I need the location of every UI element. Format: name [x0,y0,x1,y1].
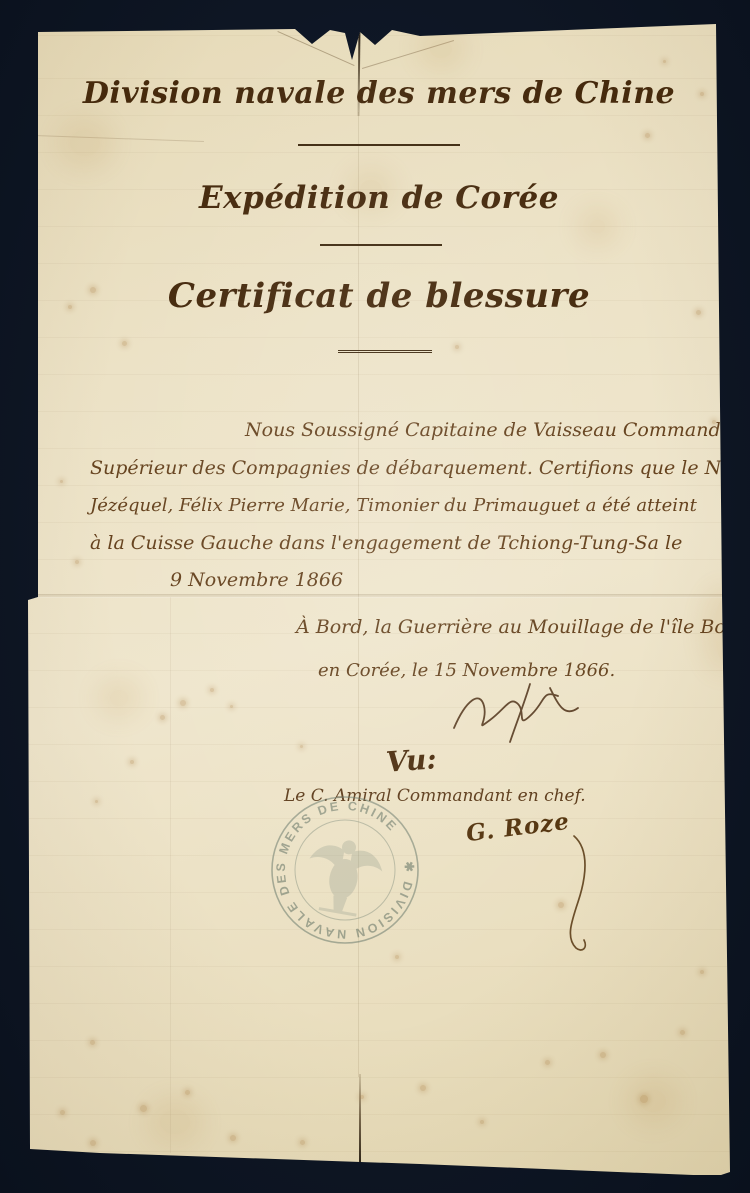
left-vertical-crease [170,597,171,1153]
top-left-crease [34,135,204,142]
body-line-4: à la Cuisse Gauche dans l'engagement de … [90,525,710,563]
division-title: Division navale des mers de Chine [28,76,730,111]
body-line-3: Jézéquel, Félix Pierre Marie, Timonier d… [90,487,710,525]
imperial-eagle-stamp: ✱ DIVISION NAVALE DES MERS DE CHINE [260,785,430,955]
body-line-1: Nous Soussigné Capitaine de Vaisseau Com… [90,412,710,450]
divider-under-certificate-title [338,350,432,353]
place-date-line-1: À Bord, la Guerrière au Mouillage de l'î… [296,616,750,638]
captain-signature-flourish-icon [446,678,586,752]
body-line-5: 9 Novembre 1866 [90,562,710,600]
document-sheet: Division navale des mers de Chine Expédi… [28,22,730,1175]
photo-background: Division navale des mers de Chine Expédi… [0,0,750,1193]
divider-under-division-title [298,144,460,146]
signature-tail-flourish-icon [544,832,604,957]
vu-label: Vu: [385,742,438,778]
divider-under-expedition-title [320,244,442,246]
tear-crease-left [277,31,354,66]
body-line-2: Supérieur des Compagnies de débarquement… [90,450,710,488]
bottom-center-tear-crack [359,1074,361,1174]
certificate-title: Certificat de blessure [28,276,730,316]
imperial-eagle-icon [301,834,387,920]
expedition-title: Expédition de Corée [28,180,730,216]
admiral-signature-block: G. Roze [466,814,570,841]
certificate-body: Nous Soussigné Capitaine de Vaisseau Com… [90,412,710,600]
